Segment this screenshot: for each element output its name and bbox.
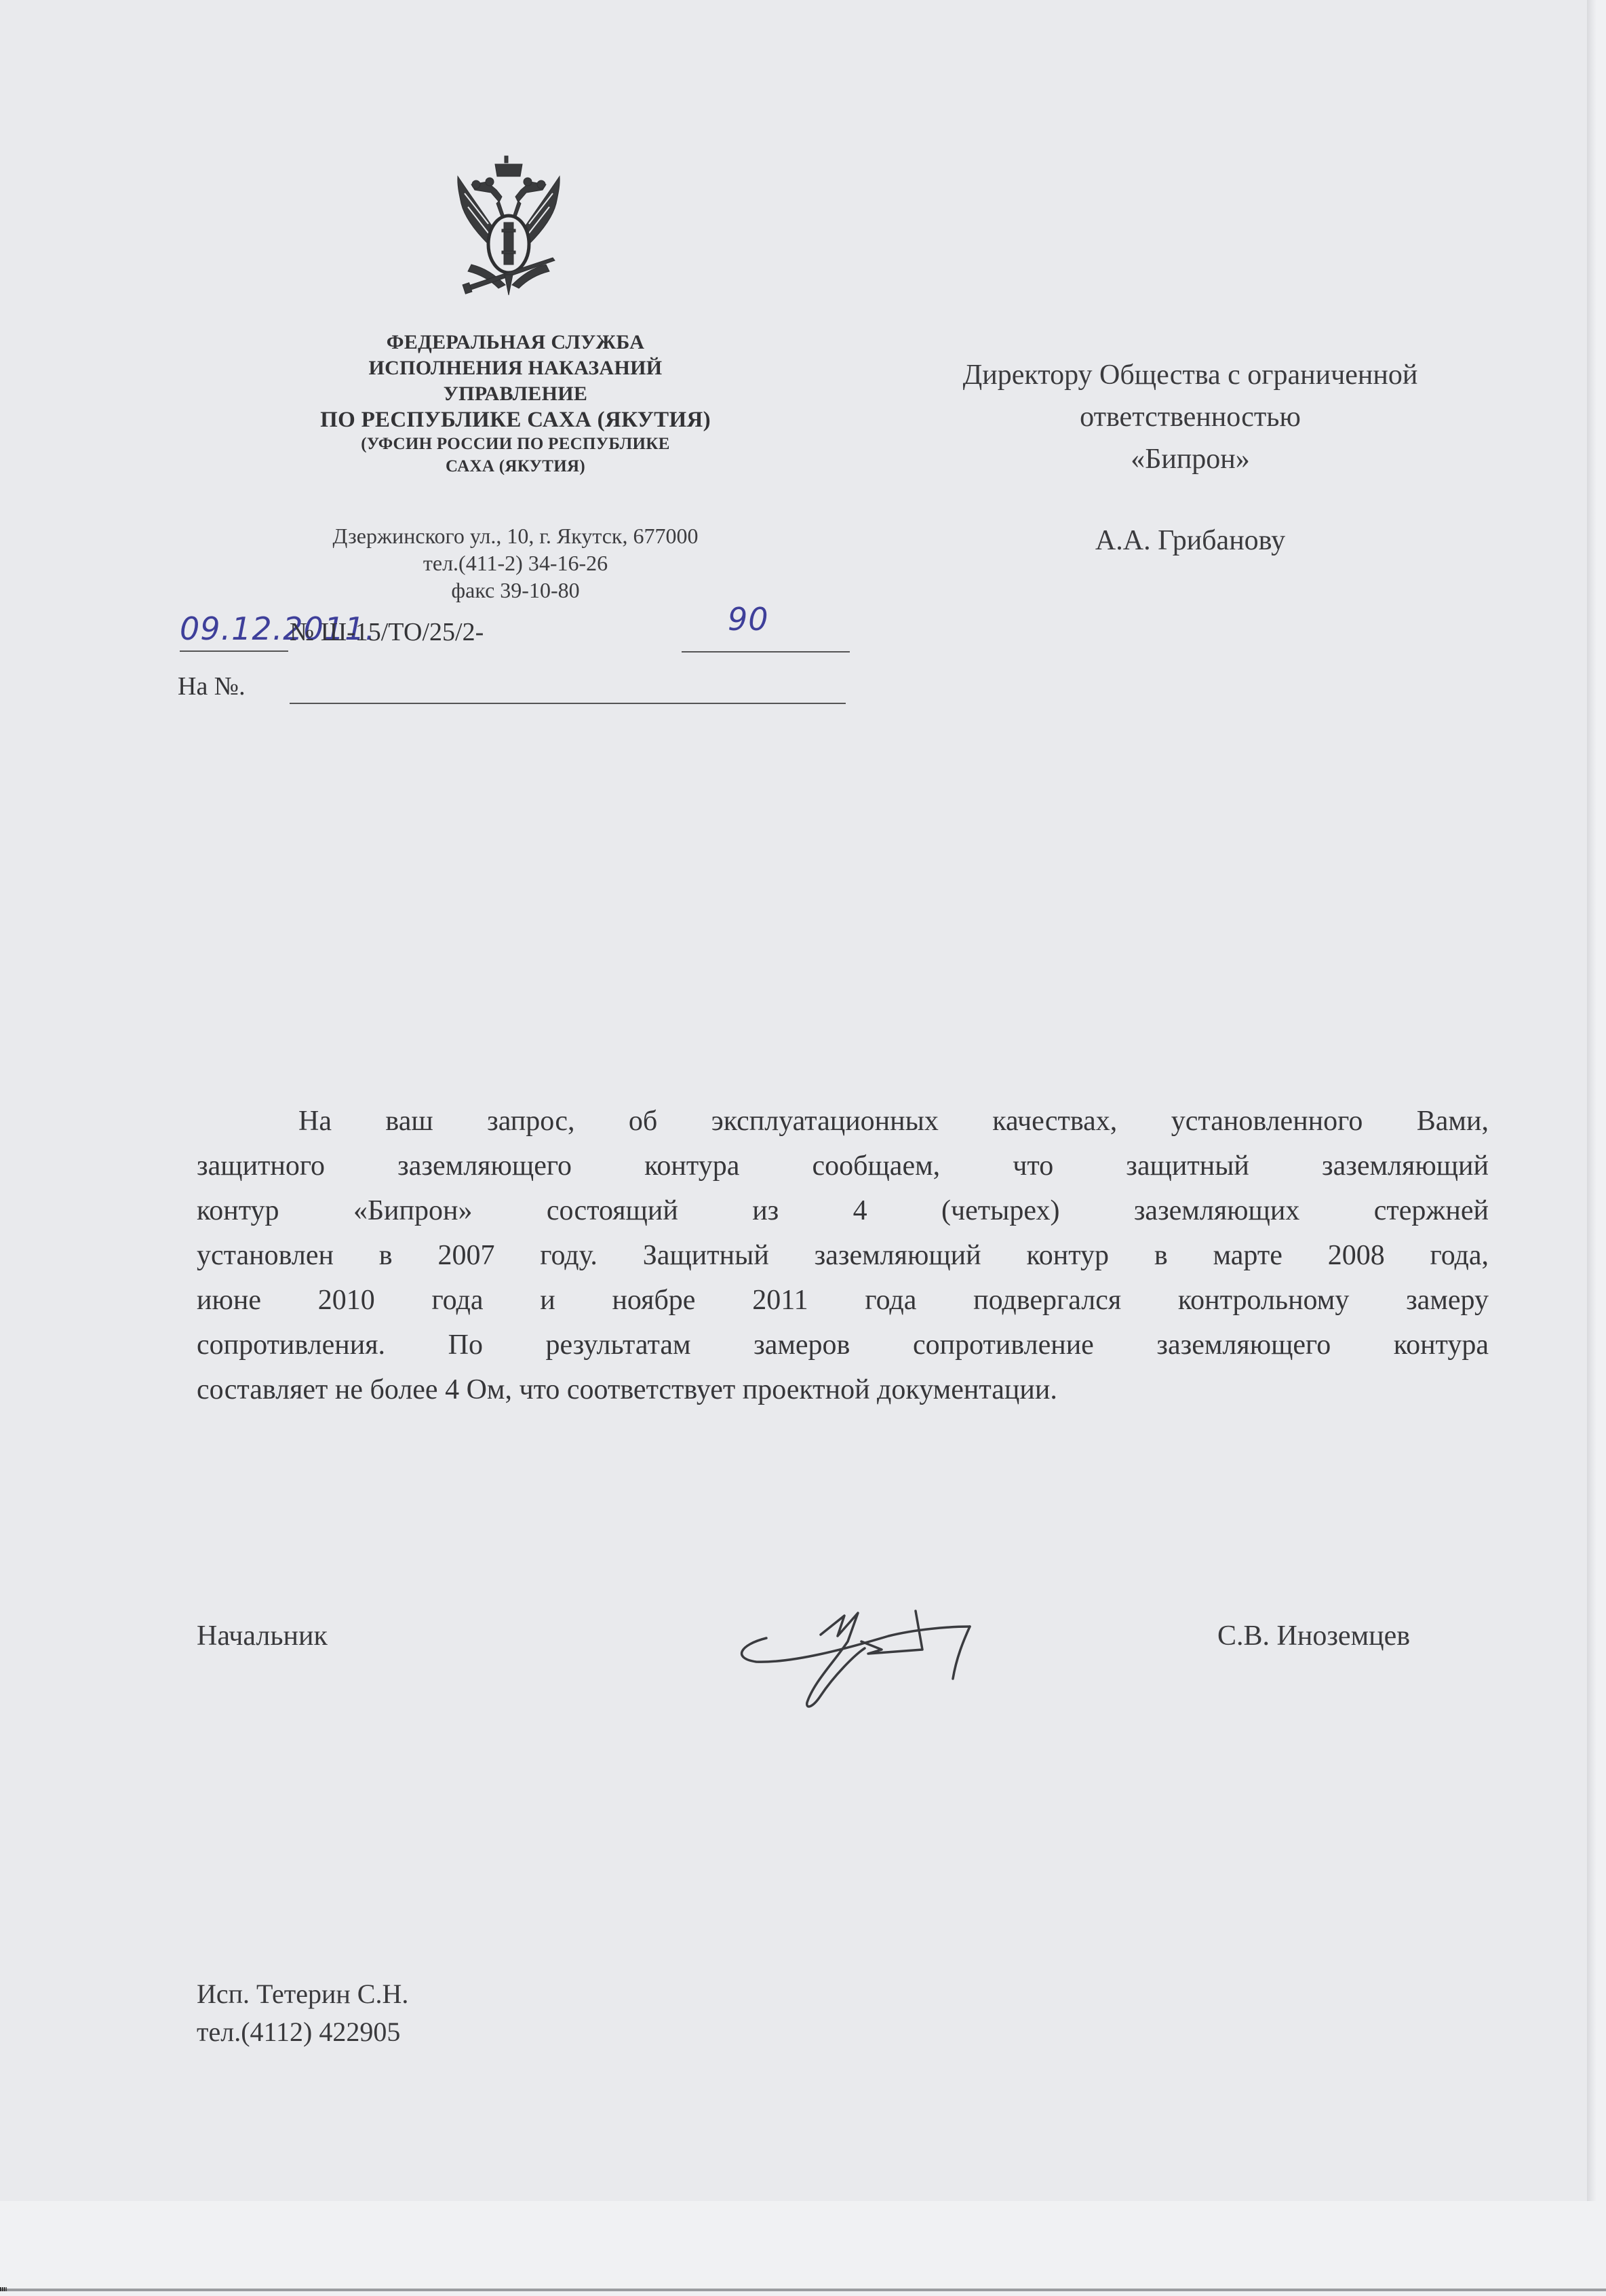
sender-phone: тел.(411-2) 34-16-26	[224, 549, 807, 577]
sender-contacts: Дзержинского ул., 10, г. Якутск, 677000 …	[224, 522, 807, 604]
body-line: защитного заземляющего контура сообщаем,…	[197, 1144, 1489, 1188]
date-underline	[180, 650, 288, 652]
executor-block: Исп. Тетерин С.Н. тел.(4112) 422905	[197, 1975, 408, 2051]
org-name-line-5: (УФСИН РОССИИ ПО РЕСПУБЛИКЕ	[224, 433, 807, 455]
body-line: установлен в 2007 году. Защитный заземля…	[197, 1233, 1489, 1278]
org-name-line-1: ФЕДЕРАЛЬНАЯ СЛУЖБА	[224, 330, 807, 355]
body-line: На ваш запрос, об эксплуатационных качес…	[197, 1099, 1489, 1144]
addressee-block: Директору Общества с ограниченной ответс…	[868, 354, 1512, 562]
page-edge-bottom	[0, 2289, 1606, 2291]
addressee-line-1: Директору Общества с ограниченной	[868, 354, 1512, 396]
letter-body: На ваш запрос, об эксплуатационных качес…	[197, 1099, 1489, 1412]
handwritten-signature-icon	[726, 1587, 997, 1723]
body-line: сопротивления. По результатам замеров со…	[197, 1323, 1489, 1367]
reference-underline	[290, 703, 846, 704]
addressee-line-3: «Бипрон»	[868, 438, 1512, 480]
scan-mark	[0, 2287, 7, 2291]
handwritten-number-suffix: 90	[728, 601, 769, 638]
signatory-title: Начальник	[197, 1620, 328, 1652]
org-name-line-3: УПРАВЛЕНИЕ	[224, 381, 807, 407]
signatory-name: С.В. Иноземцев	[1217, 1620, 1410, 1652]
reference-line: На №.	[178, 672, 856, 712]
page-edge-right	[1587, 0, 1606, 2201]
org-name-line-6: САХА (ЯКУТИЯ)	[224, 455, 807, 478]
reference-label: На №.	[178, 672, 246, 701]
outgoing-number: № Ш-15/ТО/25/2-	[290, 617, 484, 647]
sender-fax: факс 39-10-80	[224, 577, 807, 604]
letterhead: ФЕДЕРАЛЬНАЯ СЛУЖБА ИСПОЛНЕНИЯ НАКАЗАНИЙ …	[224, 330, 807, 478]
org-name-line-2: ИСПОЛНЕНИЯ НАКАЗАНИЙ	[224, 355, 807, 381]
org-name-line-4: ПО РЕСПУБЛИКЕ САХА (ЯКУТИЯ)	[224, 407, 807, 433]
double-headed-eagle-emblem-icon	[434, 142, 583, 298]
body-line: составляет не более 4 Ом, что соответств…	[197, 1367, 1489, 1412]
sender-address: Дзержинского ул., 10, г. Якутск, 677000	[224, 522, 807, 549]
executor-name: Исп. Тетерин С.Н.	[197, 1975, 408, 2013]
addressee-line-2: ответственностью	[868, 396, 1512, 438]
addressee-name: А.А. Грибанову	[868, 520, 1512, 562]
executor-phone: тел.(4112) 422905	[197, 2013, 408, 2051]
body-line: июне 2010 года и ноябре 2011 года подвер…	[197, 1278, 1489, 1323]
registration-line: 09.12.2011. № Ш-15/ТО/25/2- 90	[173, 610, 851, 658]
body-line: контур «Бипрон» состоящий из 4 (четырех)…	[197, 1188, 1489, 1233]
number-underline	[682, 651, 850, 653]
